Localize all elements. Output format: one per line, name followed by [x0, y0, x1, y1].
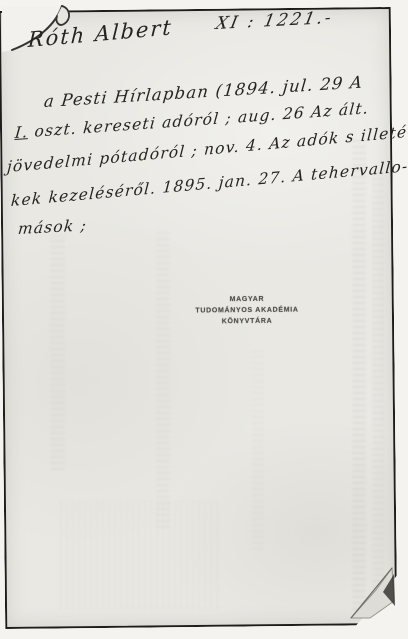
- body-line-5: mások ;: [17, 216, 88, 238]
- scanned-manuscript-card: Róth Albert XI : 1221.- a Pesti Hírlapba…: [0, 0, 408, 639]
- stamp-line-2: TUDOMÁNYOS AKADÉMIA: [182, 304, 312, 316]
- stamp-line-3: KÖNYVTÁRA: [182, 315, 312, 327]
- library-stamp: MAGYAR TUDOMÁNYOS AKADÉMIA KÖNYVTÁRA: [182, 293, 312, 327]
